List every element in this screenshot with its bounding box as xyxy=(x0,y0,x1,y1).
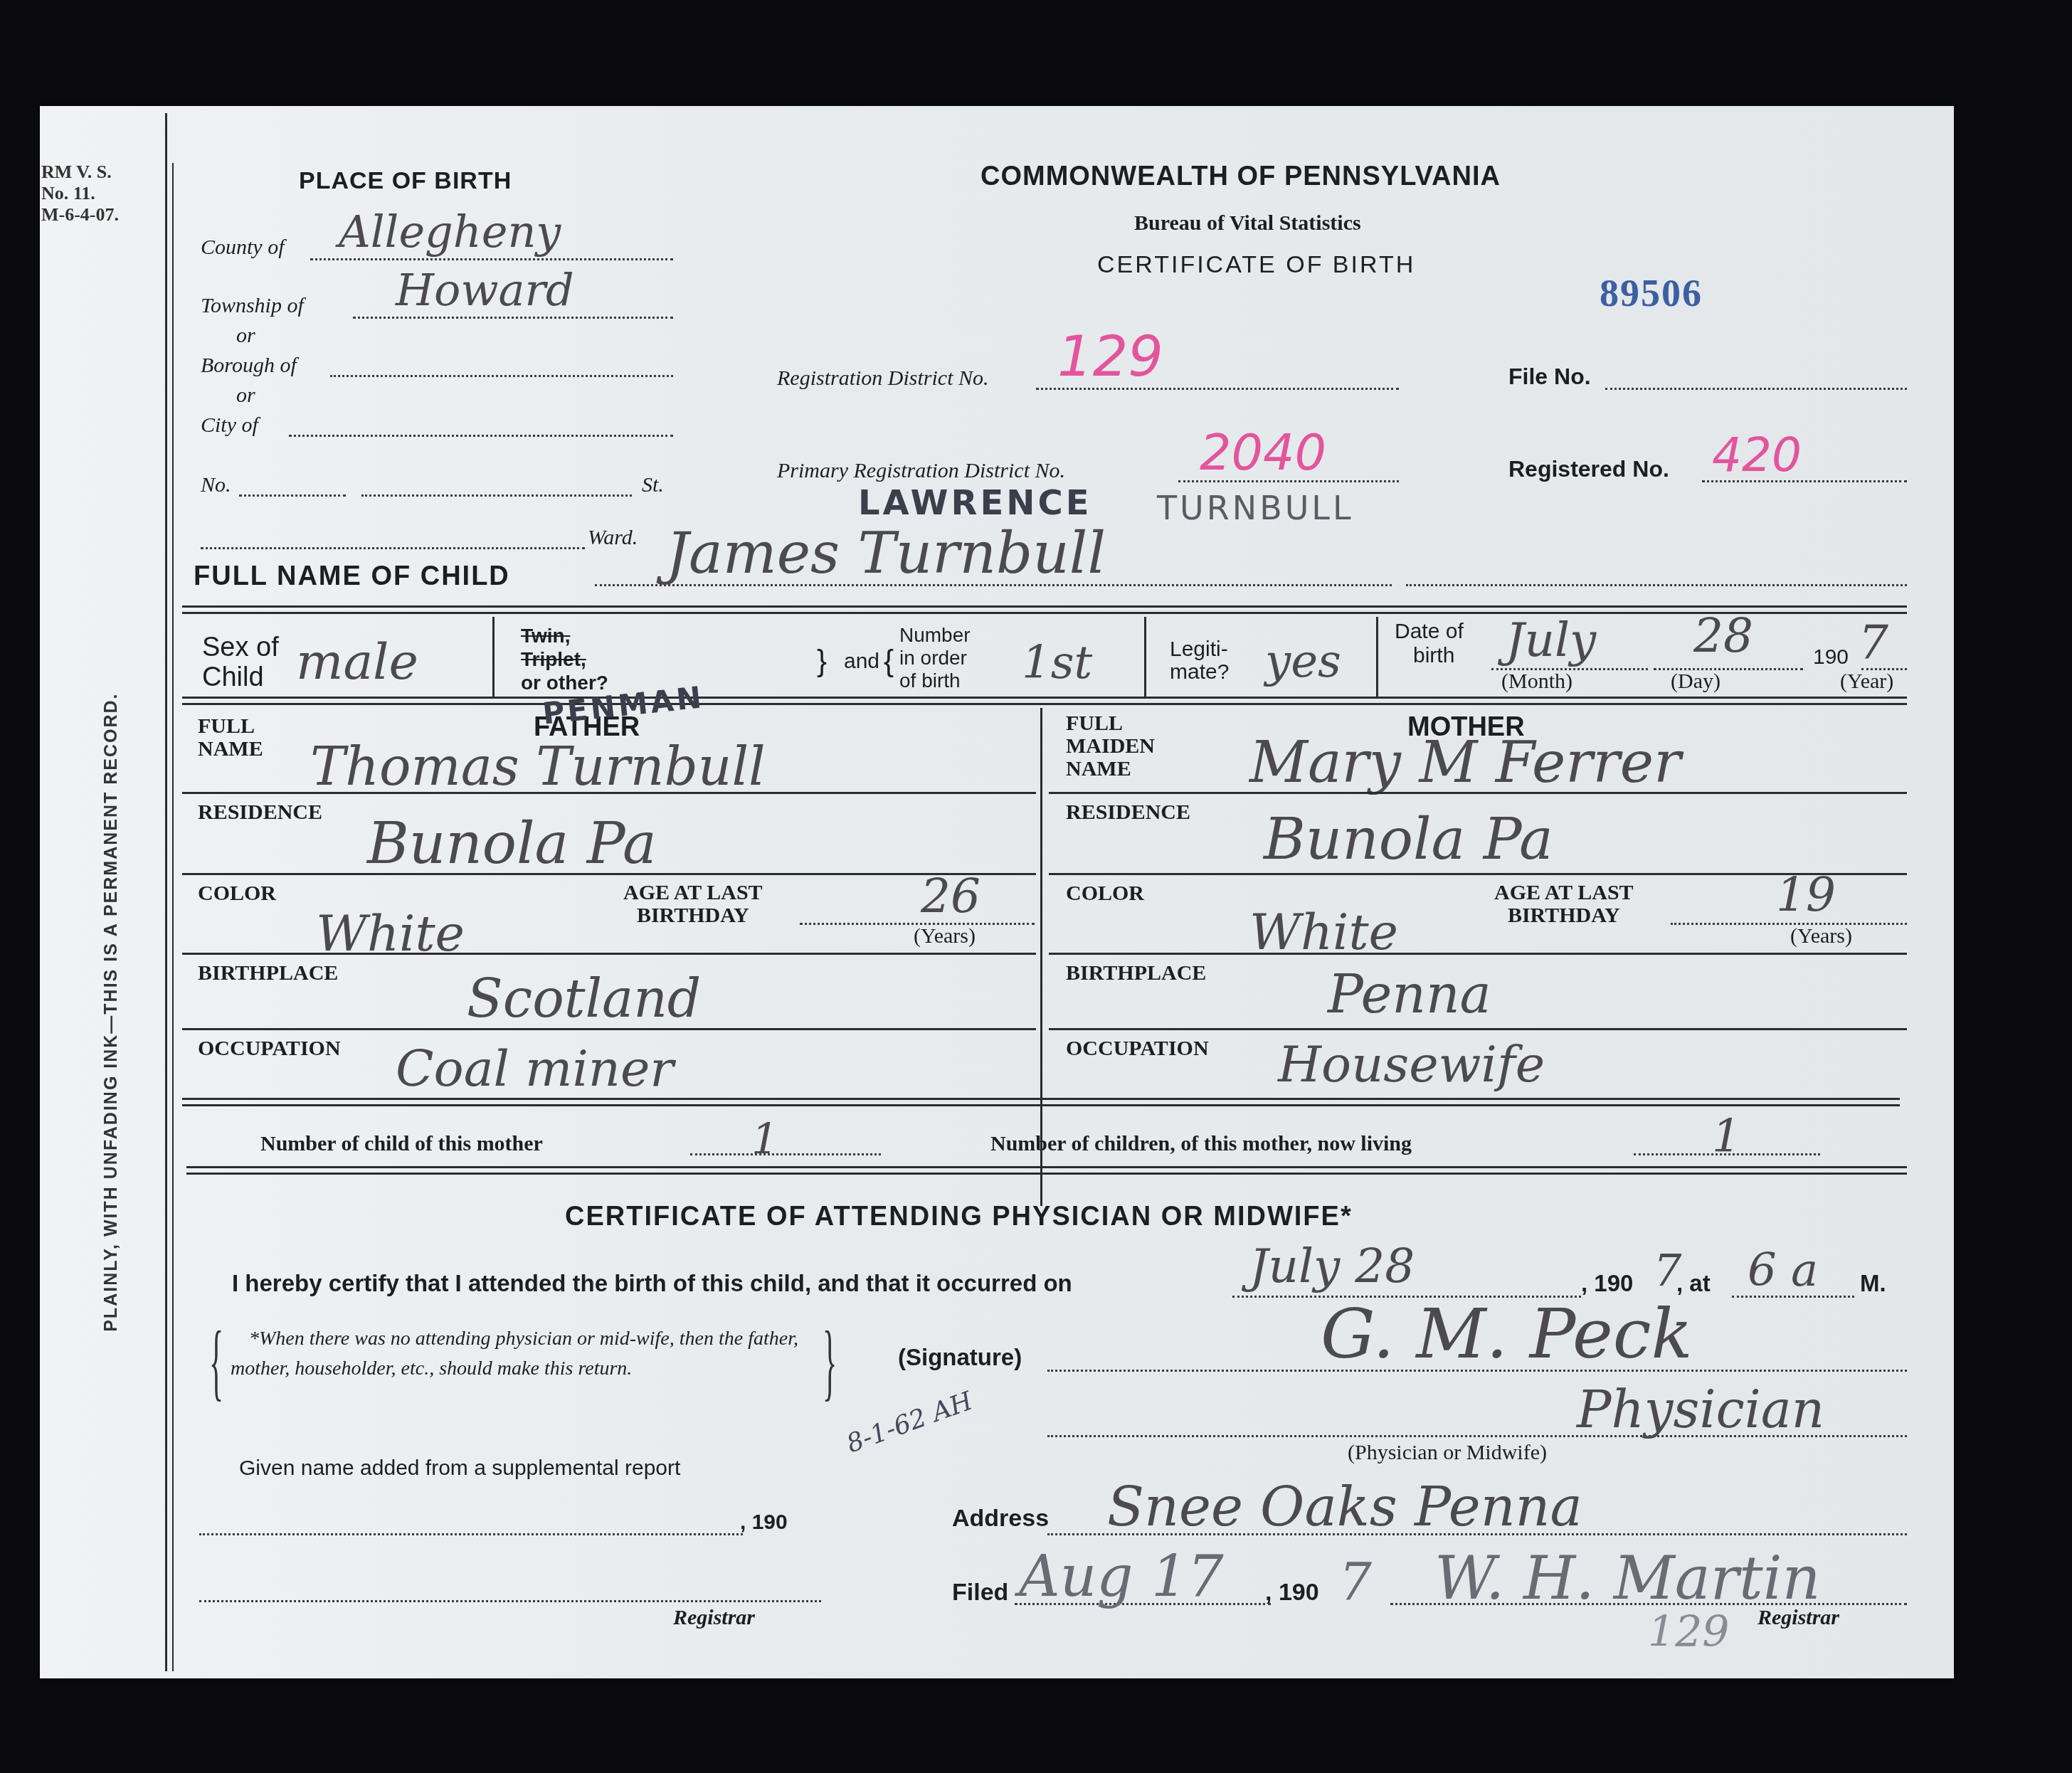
form-id: RM V. S. No. 11. M-6-4-07. xyxy=(41,162,119,226)
and-label: and xyxy=(844,650,879,674)
registrar-signature[interactable]: W. H. Martin xyxy=(1434,1543,1821,1613)
father-color-label: COLOR xyxy=(198,882,276,906)
mother-color-label: COLOR xyxy=(1066,882,1144,906)
birth-certificate-sheet: RM V. S. No. 11. M-6-4-07. PLAINLY, WITH… xyxy=(40,106,1954,1678)
dob-label-line2: birth xyxy=(1395,644,1464,668)
legit-divider xyxy=(1376,617,1378,697)
physician-signature[interactable]: G. M. Peck xyxy=(1321,1294,1693,1374)
dob-year-prefix: 190 xyxy=(1813,645,1849,669)
legitimate-value[interactable]: yes xyxy=(1265,635,1341,688)
father-occupation-label: OCCUPATION xyxy=(198,1037,341,1061)
township-value[interactable]: Howard xyxy=(396,264,574,316)
month-caption: (Month) xyxy=(1501,669,1572,694)
birth-order-label: Number in order of birth xyxy=(899,624,971,692)
street-no-label: No. xyxy=(201,473,231,497)
registered-no-value[interactable]: 420 xyxy=(1712,428,1802,482)
mother-residence-label: RESIDENCE xyxy=(1066,800,1190,825)
mother-name-label-line3: NAME xyxy=(1066,758,1155,780)
brace-left: } xyxy=(817,644,827,678)
child-row-bottom-rule xyxy=(182,697,1907,705)
form-id-line3: M-6-4-07. xyxy=(41,204,119,226)
address-label: Address xyxy=(952,1505,1049,1533)
primary-district-value[interactable]: 2040 xyxy=(1200,423,1326,482)
occurred-date-value[interactable]: July 28 xyxy=(1249,1239,1415,1293)
footnote-box: { *When there was no attending physician… xyxy=(209,1320,861,1412)
year-caption: (Year) xyxy=(1840,669,1893,694)
mother-name-rule xyxy=(1049,792,1907,794)
legitimate-label-line2: mate? xyxy=(1170,661,1229,684)
county-label: County of xyxy=(201,235,285,260)
registration-district-label: Registration District No. xyxy=(777,366,989,391)
file-no-label: File No. xyxy=(1508,364,1591,390)
city-label: City of xyxy=(201,413,258,438)
physician-heading: CERTIFICATE OF ATTENDING PHYSICIAN OR MI… xyxy=(565,1202,1353,1232)
child-given-name-annotation: LAWRENCE xyxy=(858,483,1091,523)
street-label: St. xyxy=(642,473,664,497)
dob-label: Date of birth xyxy=(1395,620,1464,668)
brace-right: { xyxy=(884,644,894,678)
father-age-value[interactable]: 26 xyxy=(921,869,980,923)
registrar-district-number: 129 xyxy=(1648,1607,1730,1657)
child-name-line-2 xyxy=(1406,584,1907,586)
father-name-value[interactable]: Thomas Turnbull xyxy=(310,736,766,798)
filed-label: Filed xyxy=(952,1579,1008,1607)
father-birthplace-rule xyxy=(182,1028,1036,1030)
dob-label-line1: Date of xyxy=(1395,620,1464,644)
birth-order-value[interactable]: 1st xyxy=(1022,637,1092,689)
father-years-caption: (Years) xyxy=(914,924,976,948)
supplemental-label: Given name added from a supplemental rep… xyxy=(239,1456,680,1481)
mother-age-label-line2: BIRTHDAY xyxy=(1494,904,1634,927)
mother-age-value[interactable]: 19 xyxy=(1776,867,1836,922)
signature-label: (Signature) xyxy=(898,1344,1022,1371)
children-living-label: Number of children, of this mother, now … xyxy=(990,1132,1412,1156)
commonwealth-title: COMMONWEALTH OF PENNSYLVANIA xyxy=(980,162,1501,192)
street-line xyxy=(361,494,632,497)
side-note: PLAINLY, WITH UNFADING INK—THIS IS A PER… xyxy=(101,693,122,1433)
day-caption: (Day) xyxy=(1671,669,1720,694)
margin-rule-inner xyxy=(172,163,174,1671)
father-age-label: AGE AT LAST BIRTHDAY xyxy=(623,882,763,927)
supplemental-year-prefix: , 190 xyxy=(740,1510,788,1535)
city-line xyxy=(289,435,673,437)
sex-value[interactable]: male xyxy=(296,633,418,691)
parents-divider xyxy=(1040,708,1042,1206)
father-residence-value[interactable]: Bunola Pa xyxy=(367,810,657,877)
filed-year-value[interactable]: 7 xyxy=(1339,1552,1372,1611)
father-residence-label: RESIDENCE xyxy=(198,800,322,825)
father-age-label-line2: BIRTHDAY xyxy=(623,904,763,927)
occurred-year-prefix-text: 190 xyxy=(1594,1270,1633,1296)
order-divider xyxy=(1144,617,1146,697)
borough-label: Borough of xyxy=(201,354,297,378)
occurred-year-prefix: , 190 xyxy=(1581,1270,1633,1297)
form-id-line2: No. 11. xyxy=(41,183,119,204)
physician-title-value[interactable]: Physician xyxy=(1577,1380,1824,1439)
child-number-value[interactable]: 1 xyxy=(751,1115,778,1165)
certify-text: I hereby certify that I attended the bir… xyxy=(232,1270,1072,1297)
county-value[interactable]: Allegheny xyxy=(339,206,561,258)
footnote-brace-left: { xyxy=(209,1323,223,1401)
registrar-caption-right: Registrar xyxy=(1757,1606,1839,1630)
sex-label-line2: Child xyxy=(202,662,279,692)
time-value[interactable]: 6 a xyxy=(1748,1244,1818,1297)
parents-bottom-rule xyxy=(182,1098,1900,1106)
twin-label-twin: Twin, xyxy=(521,624,608,647)
children-bottom-rule xyxy=(186,1166,1907,1175)
registration-district-value[interactable]: 129 xyxy=(1057,325,1163,389)
supplemental-date-line xyxy=(199,1533,743,1535)
county-line xyxy=(310,258,673,260)
supplemental-note: 8-1-62 AH xyxy=(843,1387,977,1459)
father-birthplace-label: BIRTHPLACE xyxy=(198,961,338,985)
registered-no-label: Registered No. xyxy=(1508,456,1669,482)
twin-label-triplet: Triplet, xyxy=(521,647,608,671)
father-occupation-value[interactable]: Coal miner xyxy=(396,1039,674,1098)
father-name-rule xyxy=(182,792,1036,794)
mother-age-label: AGE AT LAST BIRTHDAY xyxy=(1494,882,1634,927)
father-birthplace-value[interactable]: Scotland xyxy=(467,968,701,1030)
registrar-caption-left: Registrar xyxy=(673,1606,755,1630)
form-id-line1: RM V. S. xyxy=(41,162,119,183)
legitimate-label: Legiti- mate? xyxy=(1170,638,1229,684)
or-label-1: or xyxy=(236,324,255,348)
certificate-stamp-number: 89506 xyxy=(1600,271,1703,315)
twin-label: Twin, Triplet, or other? xyxy=(521,624,608,694)
mother-years-caption: (Years) xyxy=(1790,924,1852,948)
father-residence-rule xyxy=(182,873,1036,875)
birth-order-line1: Number xyxy=(899,624,971,647)
child-name-value[interactable]: James Turnbull xyxy=(666,520,1106,586)
ward-label: Ward. xyxy=(588,526,638,550)
filed-date-value[interactable]: Aug 17 xyxy=(1019,1543,1224,1609)
sex-label: Sex of Child xyxy=(202,633,279,692)
bureau-title: Bureau of Vital Statistics xyxy=(1134,211,1361,235)
mother-name-value[interactable]: Mary M Ferrer xyxy=(1249,729,1681,795)
footnote-brace-right: } xyxy=(823,1323,837,1401)
place-of-birth-heading: PLACE OF BIRTH xyxy=(299,167,512,195)
footnote-text: *When there was no attending physician o… xyxy=(231,1324,814,1384)
legitimate-label-line1: Legiti- xyxy=(1170,638,1229,661)
dob-day-value[interactable]: 28 xyxy=(1693,608,1753,663)
mother-occupation-value[interactable]: Housewife xyxy=(1278,1035,1545,1094)
file-no-line xyxy=(1605,388,1907,390)
children-living-value[interactable]: 1 xyxy=(1712,1111,1741,1163)
child-row-top-rule xyxy=(182,605,1907,614)
child-number-line xyxy=(690,1153,881,1155)
mother-age-label-line1: AGE AT LAST xyxy=(1494,882,1634,904)
supplemental-registrar-line xyxy=(199,1600,821,1602)
m-label: M. xyxy=(1860,1270,1886,1297)
street-no-line xyxy=(239,494,346,497)
address-value[interactable]: Snee Oaks Penna xyxy=(1107,1475,1582,1538)
child-name-label: FULL NAME OF CHILD xyxy=(194,561,510,592)
father-name-label-line1: FULL xyxy=(198,715,263,738)
mother-residence-value[interactable]: Bunola Pa xyxy=(1264,806,1553,872)
primary-district-label: Primary Registration District No. xyxy=(777,459,1065,483)
father-age-label-line1: AGE AT LAST xyxy=(623,882,763,904)
mother-name-label: FULL MAIDEN NAME xyxy=(1066,712,1155,780)
child-number-label: Number of child of this mother xyxy=(260,1132,543,1156)
ward-line xyxy=(201,547,585,549)
father-name-label-line2: NAME xyxy=(198,738,263,761)
physician-role-caption: (Physician or Midwife) xyxy=(1348,1441,1547,1465)
father-color-rule xyxy=(182,953,1036,955)
birth-order-line2: in order xyxy=(899,647,971,669)
filed-year-prefix: , 190 xyxy=(1265,1579,1319,1607)
mother-birthplace-label: BIRTHPLACE xyxy=(1066,961,1206,985)
sex-divider xyxy=(492,617,495,697)
sex-label-line1: Sex of xyxy=(202,633,279,662)
township-line xyxy=(353,317,673,319)
or-label-2: or xyxy=(236,383,255,408)
dob-year-value[interactable]: 7 xyxy=(1859,615,1888,670)
mother-birthplace-rule xyxy=(1049,1028,1907,1030)
borough-line xyxy=(330,375,673,377)
margin-rule xyxy=(165,113,167,1671)
mother-occupation-label: OCCUPATION xyxy=(1066,1037,1209,1061)
father-name-label: FULL NAME xyxy=(198,715,263,761)
at-label: , at xyxy=(1676,1270,1711,1297)
mother-age-line xyxy=(1671,923,1907,925)
certificate-title: CERTIFICATE OF BIRTH xyxy=(1097,251,1415,279)
birth-order-line3: of birth xyxy=(899,669,971,692)
mother-name-label-line2: MAIDEN xyxy=(1066,735,1155,758)
mother-birthplace-value[interactable]: Penna xyxy=(1328,964,1491,1025)
child-surname-annotation: TURNBULL xyxy=(1157,489,1354,527)
mother-color-rule xyxy=(1049,953,1907,955)
mother-name-label-line1: FULL xyxy=(1066,712,1155,735)
township-label: Township of xyxy=(201,294,304,318)
dob-month-value[interactable]: July xyxy=(1506,613,1596,667)
